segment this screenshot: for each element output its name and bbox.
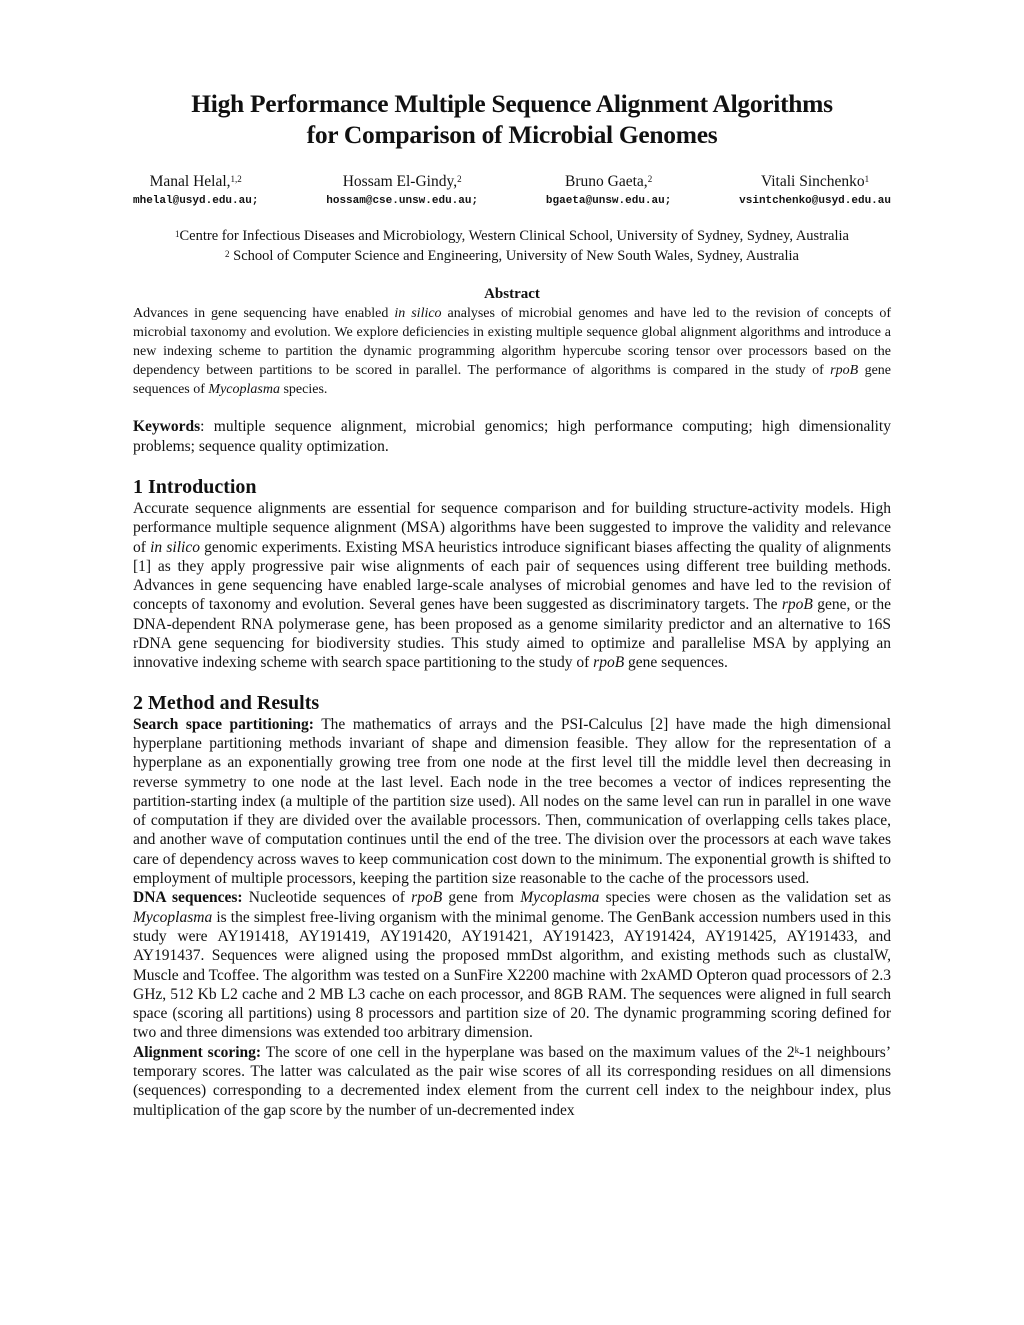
alignment-scoring-paragraph: Alignment scoring: The score of one cell… — [133, 1043, 891, 1120]
affiliation: 2 School of Computer Science and Enginee… — [133, 246, 891, 266]
author-email: bgaeta@unsw.edu.au; — [546, 192, 671, 210]
title-line-2: for Comparison of Microbial Genomes — [307, 120, 718, 149]
author-name: Hossam El-Gindy,2 — [326, 172, 478, 192]
author-name: Manal Helal,1,2 — [133, 172, 258, 192]
author-name: Bruno Gaeta,2 — [546, 172, 671, 192]
section-heading-introduction: 1 Introduction — [133, 475, 891, 499]
author-list: Manal Helal,1,2 mhelal@usyd.edu.au; Hoss… — [133, 172, 891, 210]
run-in-heading: Search space partitioning: — [133, 716, 314, 733]
author: Vitali Sinchenko1 vsintchenko@usyd.edu.a… — [739, 172, 891, 210]
run-in-heading: DNA sequences: — [133, 889, 243, 906]
author-email: hossam@cse.unsw.edu.au; — [326, 192, 478, 210]
search-space-paragraph: Search space partitioning: The mathemati… — [133, 715, 891, 889]
author: Manal Helal,1,2 mhelal@usyd.edu.au; — [133, 172, 258, 210]
paper-title: High Performance Multiple Sequence Align… — [133, 88, 891, 150]
keywords: Keywords: multiple sequence alignment, m… — [133, 417, 891, 457]
section-heading-methods: 2 Method and Results — [133, 691, 891, 715]
paper-page: High Performance Multiple Sequence Align… — [133, 88, 891, 1120]
affiliation: 1Centre for Infectious Diseases and Micr… — [133, 226, 891, 246]
introduction-paragraph: Accurate sequence alignments are essenti… — [133, 499, 891, 673]
run-in-heading: Alignment scoring: — [133, 1044, 261, 1061]
dna-sequences-paragraph: DNA sequences: Nucleotide sequences of r… — [133, 888, 891, 1042]
affiliations: 1Centre for Infectious Diseases and Micr… — [133, 226, 891, 266]
title-line-1: High Performance Multiple Sequence Align… — [191, 89, 832, 118]
abstract-heading: Abstract — [133, 284, 891, 304]
author-email: mhelal@usyd.edu.au; — [133, 192, 258, 210]
keywords-label: Keywords — [133, 418, 200, 435]
abstract-text: Advances in gene sequencing have enabled… — [133, 304, 891, 399]
author-email: vsintchenko@usyd.edu.au — [739, 192, 891, 210]
author-name: Vitali Sinchenko1 — [739, 172, 891, 192]
author: Hossam El-Gindy,2 hossam@cse.unsw.edu.au… — [326, 172, 478, 210]
author: Bruno Gaeta,2 bgaeta@unsw.edu.au; — [546, 172, 671, 210]
